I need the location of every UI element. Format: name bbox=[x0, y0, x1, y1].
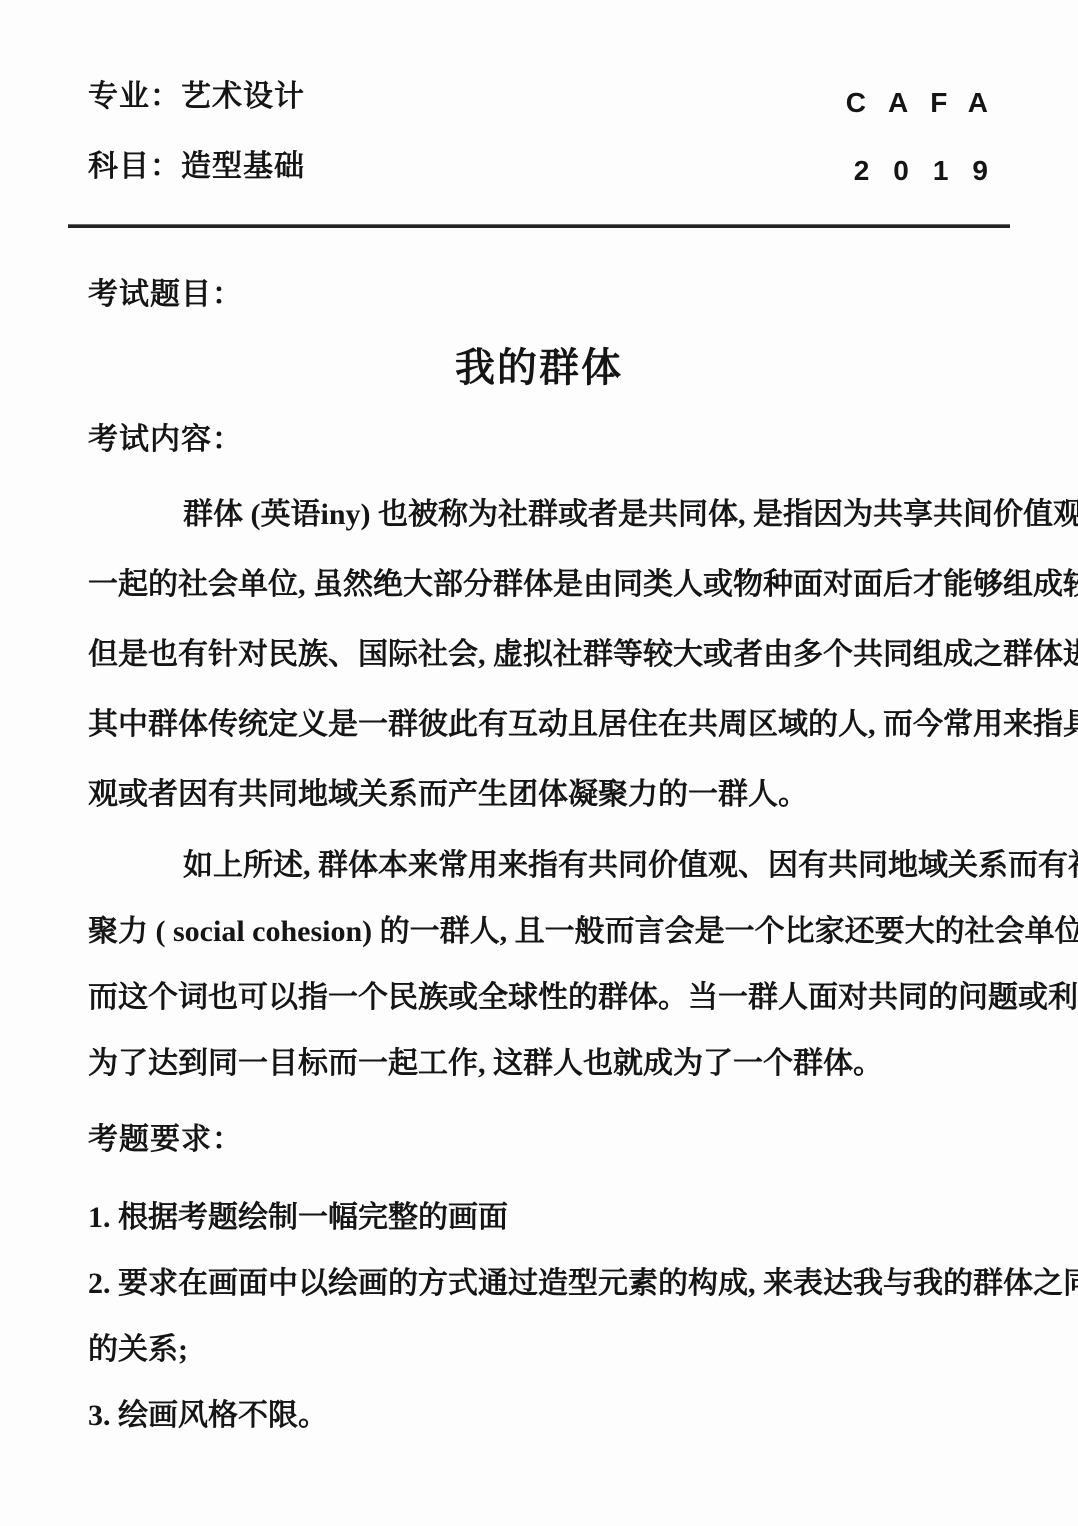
org-year: 2019 bbox=[846, 156, 1012, 186]
paragraph-line: 为了达到同一目标而一起工作, 这群人也就成为了一个群体。 bbox=[88, 1031, 990, 1097]
exam-paper-page: 专业：艺术设计 科目：造型基础 CAFA 2019 考试题目： 我的群体 考试内… bbox=[0, 0, 1078, 1526]
requirements-list: 1. 根据考题绘制一幅完整的画面 2. 要求在画面中以绘画的方式通过造型元素的构… bbox=[88, 1185, 990, 1449]
paragraph-line: 观或者因有共同地域关系而产生团体凝聚力的一群人。 bbox=[88, 760, 990, 830]
topic-heading: 考试题目： bbox=[88, 278, 990, 312]
requirement-item: 3. 绘画风格不限。 bbox=[88, 1383, 990, 1449]
content-heading: 考试内容： bbox=[88, 423, 990, 457]
org-name: CAFA bbox=[846, 88, 1010, 118]
paragraph-line: 如上所述, 群体本来常用来指有共同价值观、因有共同地域关系而有社会凝 bbox=[88, 833, 990, 899]
exam-title: 我的群体 bbox=[88, 346, 990, 390]
org-block: CAFA 2019 bbox=[846, 88, 988, 186]
header-divider bbox=[68, 224, 1010, 228]
paragraph-line: 但是也有针对民族、国际社会, 虚拟社群等较大或者由多个共同组成之群体进行之研究。 bbox=[88, 620, 990, 690]
paragraph-line: 聚力 ( social cohesion) 的一群人, 且一般而言会是一个比家还… bbox=[88, 899, 990, 965]
document-header: 专业：艺术设计 科目：造型基础 CAFA 2019 bbox=[88, 0, 990, 184]
requirement-item: 2. 要求在画面中以绘画的方式通过造型元素的构成, 来表达我与我的群体之同 bbox=[88, 1251, 990, 1317]
paragraph-line: 其中群体传统定义是一群彼此有互动且居住在共周区域的人, 而今常用来指具有共同价值 bbox=[88, 690, 990, 760]
requirement-item-continuation: 的关系; bbox=[88, 1317, 990, 1383]
paragraph-line: 一起的社会单位, 虽然绝大部分群体是由同类人或物种面对面后才能够组成较小的团体, bbox=[88, 550, 990, 620]
content-paragraph-1: 群体 (英语iny) 也被称为社群或者是共同体, 是指因为共享共间价值观而聚集在… bbox=[88, 480, 990, 830]
content-paragraph-2: 如上所述, 群体本来常用来指有共同价值观、因有共同地域关系而有社会凝 聚力 ( … bbox=[88, 833, 990, 1097]
paragraph-line: 而这个词也可以指一个民族或全球性的群体。当一群人面对共同的问题或利益, bbox=[88, 965, 990, 1031]
requirements-heading: 考题要求： bbox=[88, 1123, 990, 1157]
paragraph-line: 群体 (英语iny) 也被称为社群或者是共同体, 是指因为共享共间价值观而聚集在 bbox=[88, 480, 990, 550]
requirement-item: 1. 根据考题绘制一幅完整的画面 bbox=[88, 1185, 990, 1251]
